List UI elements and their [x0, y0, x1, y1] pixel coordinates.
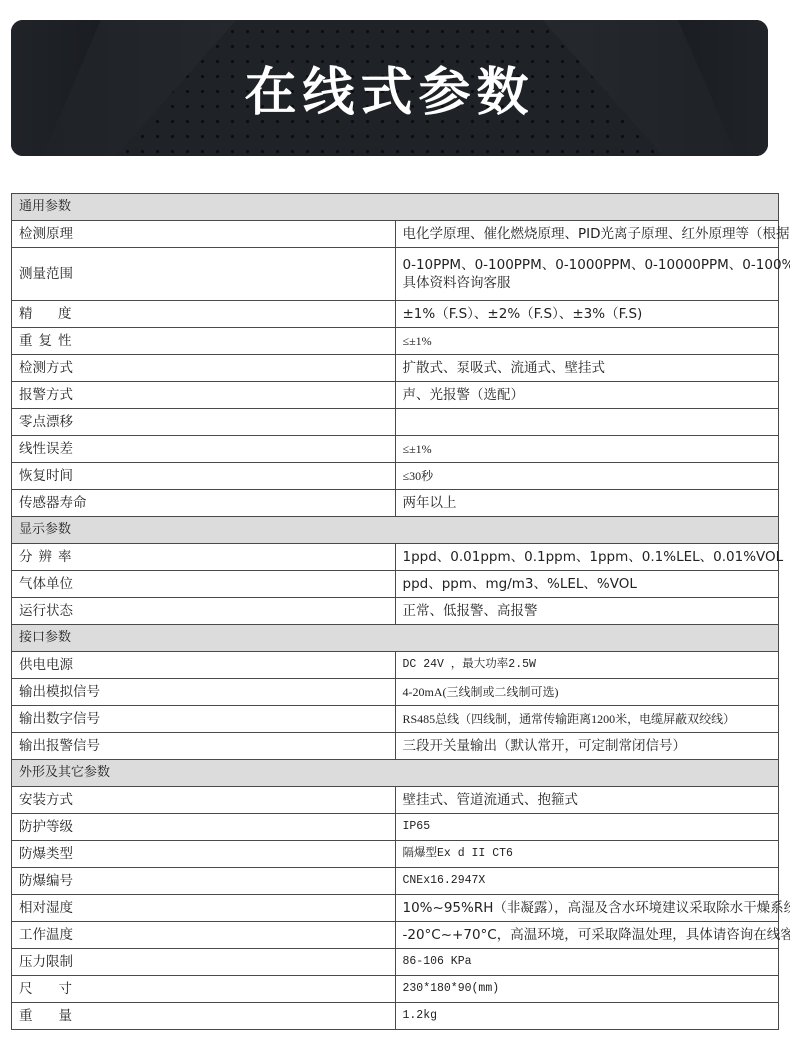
- section-header-display: 显示参数: [12, 517, 779, 544]
- row-value: RS485总线（四线制，通常传输距离1200米，电缆屏蔽双绞线）: [395, 706, 779, 733]
- table-row: 精 度 ±1%（F.S）、±2%（F.S）、±3%（F.S): [12, 301, 779, 328]
- row-value: 两年以上: [395, 490, 779, 517]
- row-value: -20°C~+70°C，高温环境，可采取降温处理，具体请咨询在线客服: [395, 922, 779, 949]
- row-label: 安装方式: [12, 787, 396, 814]
- row-label: 传感器寿命: [12, 490, 396, 517]
- row-label: 防护等级: [12, 814, 396, 841]
- row-label: 报警方式: [12, 382, 396, 409]
- row-value: 正常、低报警、高报警: [395, 598, 779, 625]
- row-label: 测量范围: [12, 248, 396, 301]
- table-row: 防爆类型 隔爆型Ex d II CT6: [12, 841, 779, 868]
- table-row: 零点漂移: [12, 409, 779, 436]
- table-row: 分辨率 1ppd、0.01ppm、0.1ppm、1ppm、0.1%LEL、0.0…: [12, 544, 779, 571]
- table-row: 重复性 ≤±1%: [12, 328, 779, 355]
- table-row: 气体单位 ppd、ppm、mg/m3、%LEL、%VOL: [12, 571, 779, 598]
- row-label: 输出模拟信号: [12, 679, 396, 706]
- row-label: 恢复时间: [12, 463, 396, 490]
- row-label: 线性误差: [12, 436, 396, 463]
- row-value-line: 0-10PPM、0-100PPM、0-1000PPM、0-10000PPM、0-…: [403, 256, 772, 274]
- table-row: 防爆编号 CNEx16.2947X: [12, 868, 779, 895]
- table-row: 尺寸 230*180*90(mm): [12, 976, 779, 1003]
- table-row: 工作温度 -20°C~+70°C，高温环境，可采取降温处理，具体请咨询在线客服: [12, 922, 779, 949]
- table-row: 输出数字信号 RS485总线（四线制，通常传输距离1200米，电缆屏蔽双绞线）: [12, 706, 779, 733]
- row-label: 重复性: [12, 328, 396, 355]
- row-label: 防爆类型: [12, 841, 396, 868]
- row-value: ≤30秒: [395, 463, 779, 490]
- row-value: 4-20mA(三线制或二线制可选): [395, 679, 779, 706]
- row-label: 压力限制: [12, 949, 396, 976]
- row-value: CNEx16.2947X: [395, 868, 779, 895]
- table-row: 检测方式 扩散式、泵吸式、流通式、壁挂式: [12, 355, 779, 382]
- table-row: 安装方式 壁挂式、管道流通式、抱箍式: [12, 787, 779, 814]
- table-row: 压力限制 86-106 KPa: [12, 949, 779, 976]
- section-header-physical: 外形及其它参数: [12, 760, 779, 787]
- row-value-line: 具体资料咨询客服: [403, 274, 772, 292]
- table-row: 测量范围 0-10PPM、0-100PPM、0-1000PPM、0-10000P…: [12, 248, 779, 301]
- table-row: 输出报警信号 三段开关量输出（默认常开，可定制常闭信号）: [12, 733, 779, 760]
- row-value: 10%~95%RH（非凝露），高湿及含水环境建议采取除水干燥系统，具体咨询在线客…: [395, 895, 779, 922]
- row-value: 0-10PPM、0-100PPM、0-1000PPM、0-10000PPM、0-…: [395, 248, 779, 301]
- row-value: 1.2kg: [395, 1003, 779, 1030]
- row-label: 尺寸: [12, 976, 396, 1003]
- row-label: 输出报警信号: [12, 733, 396, 760]
- section-title: 外形及其它参数: [12, 760, 779, 787]
- row-value: 电化学原理、催化燃烧原理、PID光离子原理、红外原理等（根据气体种及量程类选择）: [395, 221, 779, 248]
- row-label: 气体单位: [12, 571, 396, 598]
- row-label: 精 度: [12, 301, 396, 328]
- section-title: 通用参数: [12, 194, 779, 221]
- table-row: 线性误差 ≤±1%: [12, 436, 779, 463]
- row-label: 检测原理: [12, 221, 396, 248]
- row-value: IP65: [395, 814, 779, 841]
- table-row: 运行状态 正常、低报警、高报警: [12, 598, 779, 625]
- row-label: 零点漂移: [12, 409, 396, 436]
- section-title: 接口参数: [12, 625, 779, 652]
- row-value: [395, 409, 779, 436]
- row-label: 重量: [12, 1003, 396, 1030]
- table-row: 输出模拟信号 4-20mA(三线制或二线制可选): [12, 679, 779, 706]
- row-value: ppd、ppm、mg/m3、%LEL、%VOL: [395, 571, 779, 598]
- table-row: 供电电源 DC 24V ，最大功率2.5W: [12, 652, 779, 679]
- row-label: 相对湿度: [12, 895, 396, 922]
- section-header-interface: 接口参数: [12, 625, 779, 652]
- table-row: 防护等级 IP65: [12, 814, 779, 841]
- page-title: 在线式参数: [11, 60, 768, 126]
- row-value: 扩散式、泵吸式、流通式、壁挂式: [395, 355, 779, 382]
- table-row: 检测原理 电化学原理、催化燃烧原理、PID光离子原理、红外原理等（根据气体种及量…: [12, 221, 779, 248]
- row-value: 230*180*90(mm): [395, 976, 779, 1003]
- table-row: 恢复时间 ≤30秒: [12, 463, 779, 490]
- row-label: 输出数字信号: [12, 706, 396, 733]
- row-value: 声、光报警（选配）: [395, 382, 779, 409]
- row-label: 检测方式: [12, 355, 396, 382]
- header-banner: 在线式参数: [11, 20, 768, 156]
- row-label: 分辨率: [12, 544, 396, 571]
- row-label: 供电电源: [12, 652, 396, 679]
- row-value: ≤±1%: [395, 328, 779, 355]
- table-row: 传感器寿命 两年以上: [12, 490, 779, 517]
- row-label: 工作温度: [12, 922, 396, 949]
- row-value: ±1%（F.S）、±2%（F.S）、±3%（F.S): [395, 301, 779, 328]
- row-value: ≤±1%: [395, 436, 779, 463]
- row-value: 三段开关量输出（默认常开，可定制常闭信号）: [395, 733, 779, 760]
- section-header-general: 通用参数: [12, 194, 779, 221]
- section-title: 显示参数: [12, 517, 779, 544]
- row-label: 防爆编号: [12, 868, 396, 895]
- row-value: 隔爆型Ex d II CT6: [395, 841, 779, 868]
- table-row: 报警方式 声、光报警（选配）: [12, 382, 779, 409]
- spec-table: 通用参数 检测原理 电化学原理、催化燃烧原理、PID光离子原理、红外原理等（根据…: [11, 193, 779, 1030]
- row-value: DC 24V ，最大功率2.5W: [395, 652, 779, 679]
- row-label: 运行状态: [12, 598, 396, 625]
- row-value: 壁挂式、管道流通式、抱箍式: [395, 787, 779, 814]
- row-value: 86-106 KPa: [395, 949, 779, 976]
- table-row: 重量 1.2kg: [12, 1003, 779, 1030]
- table-row: 相对湿度 10%~95%RH（非凝露），高湿及含水环境建议采取除水干燥系统，具体…: [12, 895, 779, 922]
- row-value: 1ppd、0.01ppm、0.1ppm、1ppm、0.1%LEL、0.01%VO…: [395, 544, 779, 571]
